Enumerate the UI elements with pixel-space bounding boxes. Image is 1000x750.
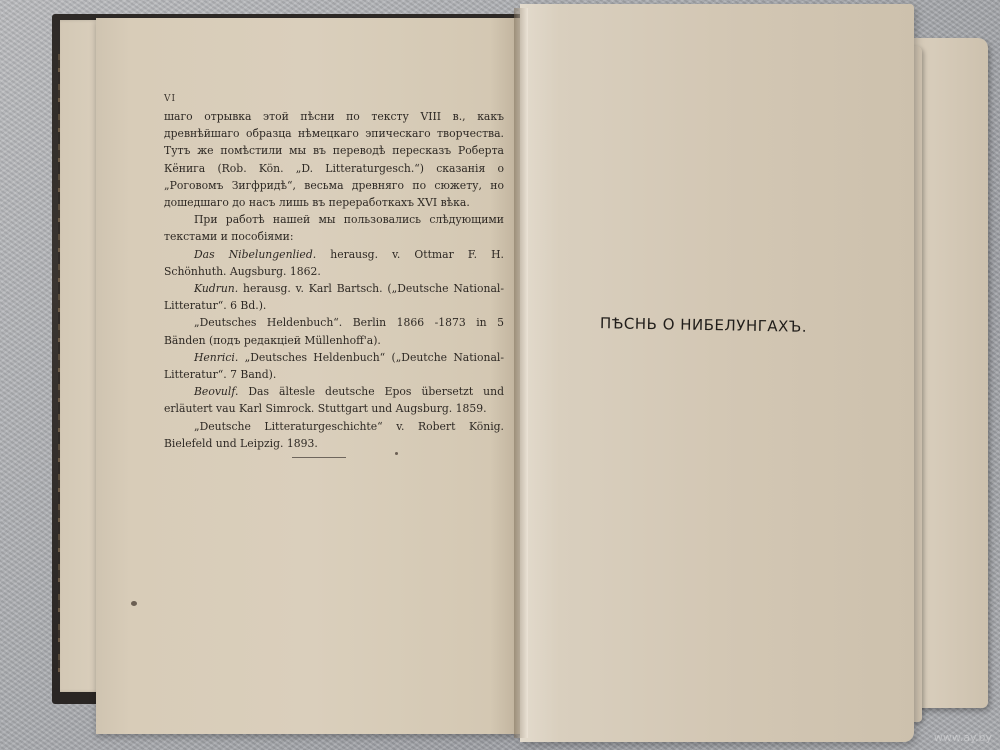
right-page (520, 4, 914, 742)
book-gutter (514, 8, 528, 738)
section-divider (292, 457, 346, 458)
paper-stain (395, 452, 398, 455)
page-number: VI (164, 94, 176, 104)
reference-item: Beovulf. Das ältesle deutsche Epos übers… (164, 383, 504, 417)
reference-item: Das Nibelungenlied. herausg. v. Ottmar F… (164, 246, 504, 280)
paragraph-intro: шаго отрывка этой пѣсни по тексту VIII в… (164, 108, 504, 211)
watermark: www.ay.by (934, 731, 992, 744)
reference-item: Henrici. „Deutsches Heldenbuch“ („Deutch… (164, 349, 504, 383)
reference-item: „Deutsche Litteraturgeschichte“ v. Rober… (164, 418, 504, 452)
reference-item: „Deutsches Heldenbuch“. Berlin 1866 -187… (164, 314, 504, 348)
left-page-text: шаго отрывка этой пѣсни по тексту VIII в… (164, 108, 504, 452)
reference-item: Kudrun. herausg. v. Karl Bartsch. („Deut… (164, 280, 504, 314)
right-page-title: ПѢСНЬ О НИБЕЛУНГАХЪ. (600, 314, 810, 336)
paper-stain (131, 601, 137, 606)
paragraph-sources: При работѣ нашей мы пользовались слѣдующ… (164, 211, 504, 245)
